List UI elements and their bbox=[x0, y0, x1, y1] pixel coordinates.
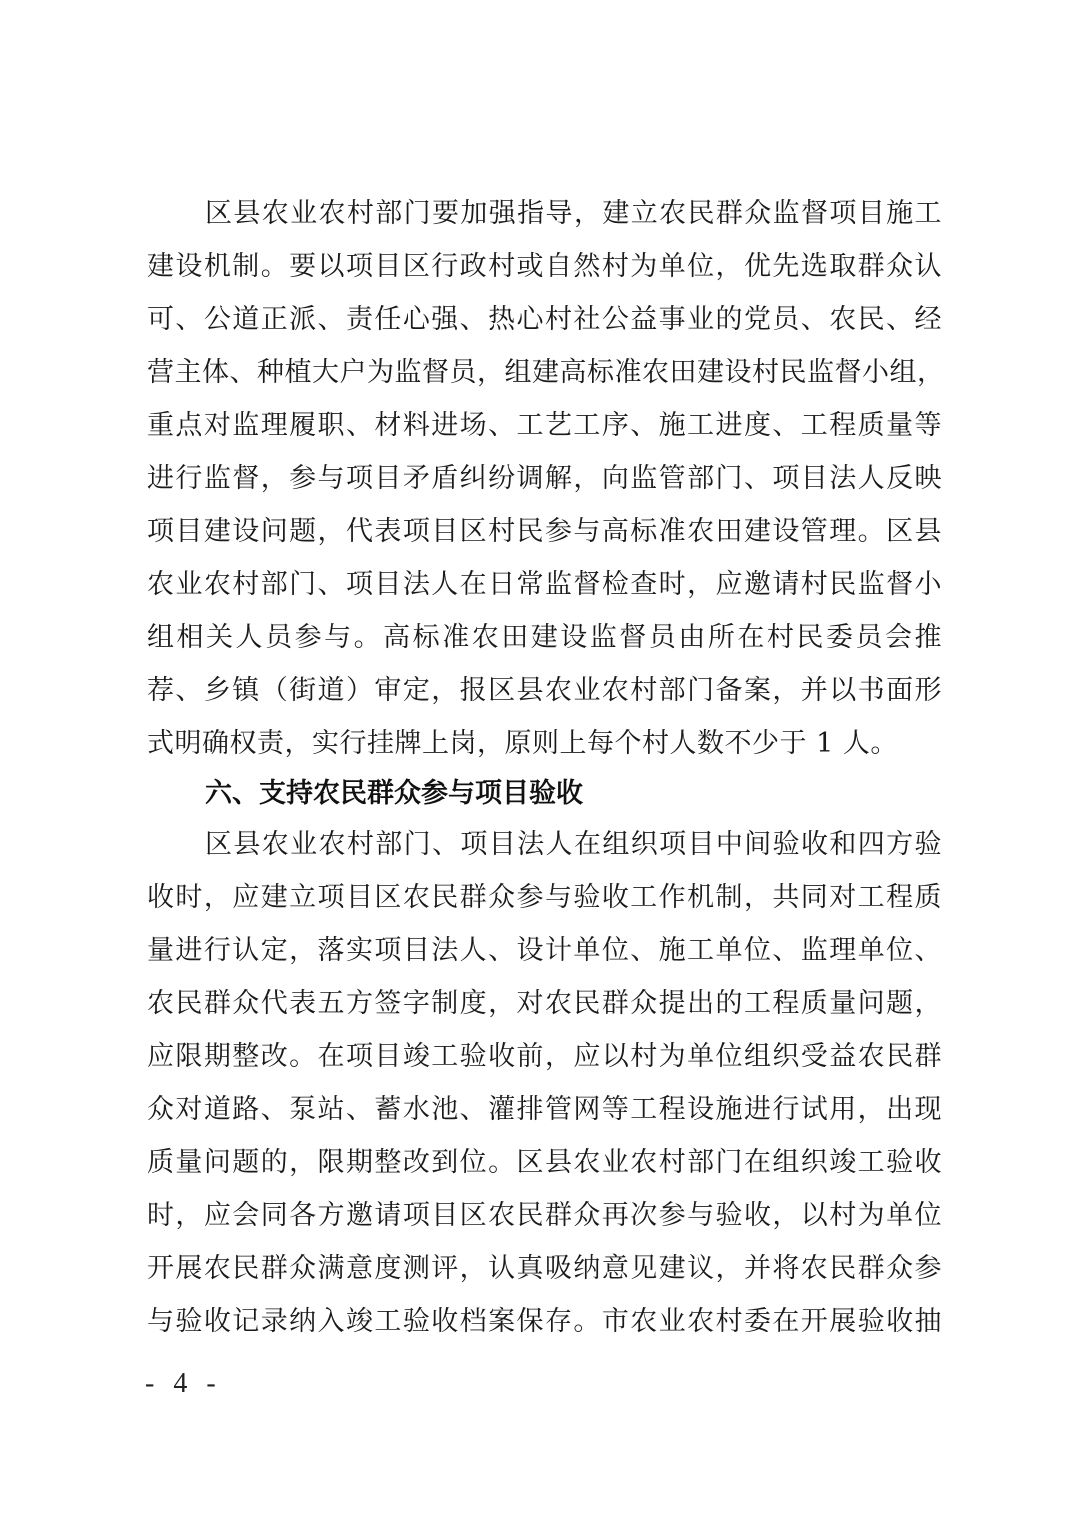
text-line: 营主体、种植大户为监督员，组建高标准农田建设村民监督小组， bbox=[147, 346, 942, 399]
text-line: 可、公道正派、责任心强、热心村社公益事业的党员、农民、经 bbox=[147, 293, 942, 346]
text-line: 组相关人员参与。高标准农田建设监督员由所在村民委员会推 bbox=[147, 611, 942, 664]
text-line: 农民群众代表五方签字制度，对农民群众提出的工程质量问题， bbox=[147, 977, 942, 1030]
document-body: 区县农业农村部门要加强指导，建立农民群众监督项目施工 建设机制。要以项目区行政村… bbox=[147, 187, 942, 1348]
text-line: 区县农业农村部门要加强指导，建立农民群众监督项目施工 bbox=[147, 187, 942, 240]
text-line: 农业农村部门、项目法人在日常监督检查时，应邀请村民监督小 bbox=[147, 558, 942, 611]
text-line: 荐、乡镇（街道）审定，报区县农业农村部门备案，并以书面形 bbox=[147, 664, 942, 717]
text-line: 质量问题的，限期整改到位。区县农业农村部门在组织竣工验收 bbox=[147, 1136, 942, 1189]
paragraph-supervision: 区县农业农村部门要加强指导，建立农民群众监督项目施工 建设机制。要以项目区行政村… bbox=[147, 187, 942, 770]
document-page: 区县农业农村部门要加强指导，建立农民群众监督项目施工 建设机制。要以项目区行政村… bbox=[0, 0, 1074, 1520]
text-line: 开展农民群众满意度测评，认真吸纳意见建议，并将农民群众参 bbox=[147, 1242, 942, 1295]
paragraph-acceptance: 区县农业农村部门、项目法人在组织项目中间验收和四方验 收时，应建立项目区农民群众… bbox=[147, 818, 942, 1348]
text-line: 量进行认定，落实项目法人、设计单位、施工单位、监理单位、 bbox=[147, 924, 942, 977]
text-line: 区县农业农村部门、项目法人在组织项目中间验收和四方验 bbox=[147, 818, 942, 871]
page-number: - 4 - bbox=[145, 1368, 222, 1400]
text-line: 收时，应建立项目区农民群众参与验收工作机制，共同对工程质 bbox=[147, 871, 942, 924]
text-line: 进行监督，参与项目矛盾纠纷调解，向监管部门、项目法人反映 bbox=[147, 452, 942, 505]
section-heading: 六、支持农民群众参与项目验收 bbox=[147, 770, 942, 818]
text-line: 式明确权责，实行挂牌上岗，原则上每个村人数不少于 1 人。 bbox=[147, 717, 942, 770]
text-line: 建设机制。要以项目区行政村或自然村为单位，优先选取群众认 bbox=[147, 240, 942, 293]
text-line: 应限期整改。在项目竣工验收前，应以村为单位组织受益农民群 bbox=[147, 1030, 942, 1083]
text-line: 与验收记录纳入竣工验收档案保存。市农业农村委在开展验收抽 bbox=[147, 1295, 942, 1348]
text-line: 项目建设问题，代表项目区村民参与高标准农田建设管理。区县 bbox=[147, 505, 942, 558]
text-line: 时，应会同各方邀请项目区农民群众再次参与验收，以村为单位 bbox=[147, 1189, 942, 1242]
text-line: 重点对监理履职、材料进场、工艺工序、施工进度、工程质量等 bbox=[147, 399, 942, 452]
text-line: 众对道路、泵站、蓄水池、灌排管网等工程设施进行试用，出现 bbox=[147, 1083, 942, 1136]
